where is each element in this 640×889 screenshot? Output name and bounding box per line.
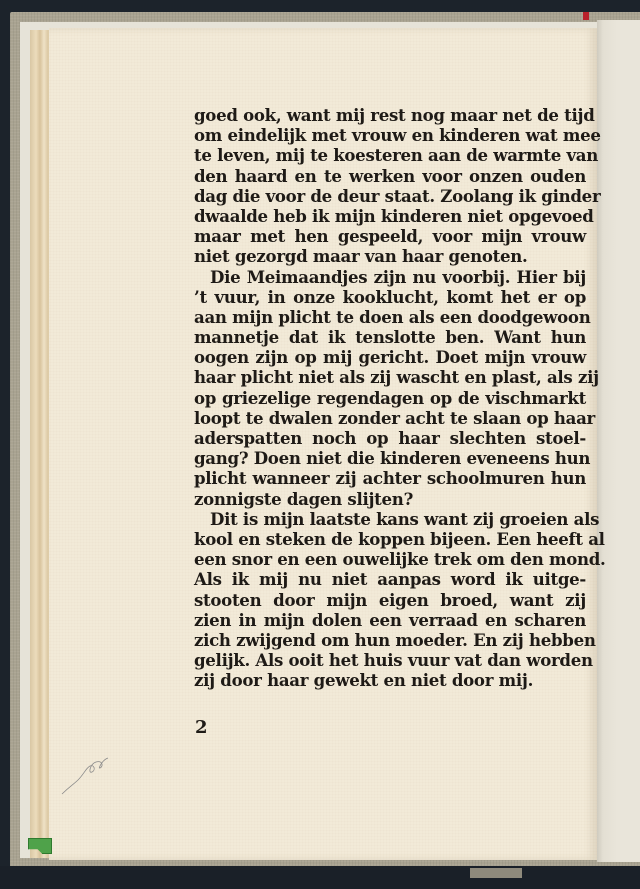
cover-bottom-edge [470, 868, 522, 878]
paragraph-3: Dit is mijn laatste kans want zij groeie… [194, 509, 586, 691]
facing-page-edge [597, 20, 640, 862]
text-line: zonnigste dagen slijten? [194, 489, 586, 509]
text-line: op griezelige regendagen op de vischmark… [194, 388, 586, 408]
text-line: loopt te dwalen zonder acht te slaan op … [194, 408, 586, 428]
text-line: dwaalde heb ik mijn kinderen niet opgevo… [194, 206, 586, 226]
text-line: maar met hen gespeeld, voor mijn vrouw [194, 226, 586, 246]
text-line: den haard en te werken voor onzen ouden [194, 166, 586, 186]
text-line: kool en steken de koppen bijeen. Een hee… [194, 529, 586, 549]
text-line: haar plicht niet als zij wascht en plast… [194, 367, 586, 387]
text-line: gang? Doen niet die kinderen eveneens hu… [194, 448, 586, 468]
text-line: aan mijn plicht te doen als een doodgewo… [194, 307, 586, 327]
bottom-shadow [0, 866, 640, 889]
pencil-scribble [60, 756, 120, 796]
text-line: ’t vuur, in onze kooklucht, komt het er … [194, 287, 586, 307]
text-line: aderspatten noch op haar slechten stoel- [194, 428, 586, 448]
text-line: oogen zijn op mij gericht. Doet mijn vro… [194, 347, 586, 367]
page-number: 2 [195, 717, 208, 738]
page-body-text: goed ook, want mij rest nog maar net de … [194, 105, 586, 690]
text-line: Dit is mijn laatste kans want zij groeie… [194, 509, 586, 529]
text-line: plicht wanneer zij achter schoolmuren hu… [194, 468, 586, 488]
text-line: mannetje dat ik tenslotte ben. Want hun [194, 327, 586, 347]
paragraph-2: Die Meimaandjes zijn nu voorbij. Hier bi… [194, 267, 586, 509]
text-line: een snor en een ouwelijke trek om den mo… [194, 549, 586, 569]
text-line: te leven, mij te koesteren aan de warmte… [194, 145, 586, 165]
text-line: niet gezorgd maar van haar genoten. [194, 246, 586, 266]
cover-red-accent [583, 12, 589, 20]
text-line: zich zwijgend om hun moeder. En zij hebb… [194, 630, 586, 650]
text-line: zij door haar gewekt en niet door mij. [194, 670, 586, 690]
paragraph-1: goed ook, want mij rest nog maar net de … [194, 105, 586, 267]
text-line: Die Meimaandjes zijn nu voorbij. Hier bi… [194, 267, 586, 287]
text-line: goed ook, want mij rest nog maar net de … [194, 105, 586, 125]
text-line: gelijk. Als ooit het huis vuur vat dan w… [194, 650, 586, 670]
text-line: om eindelijk met vrouw en kinderen wat m… [194, 125, 586, 145]
text-line: stooten door mijn eigen broed, want zij [194, 590, 586, 610]
text-line: zien in mijn dolen een verraad en schare… [194, 610, 586, 630]
text-line: dag die voor de deur staat. Zoolang ik g… [194, 186, 586, 206]
text-line: Als ik mij nu niet aanpas word ik uitge- [194, 569, 586, 589]
